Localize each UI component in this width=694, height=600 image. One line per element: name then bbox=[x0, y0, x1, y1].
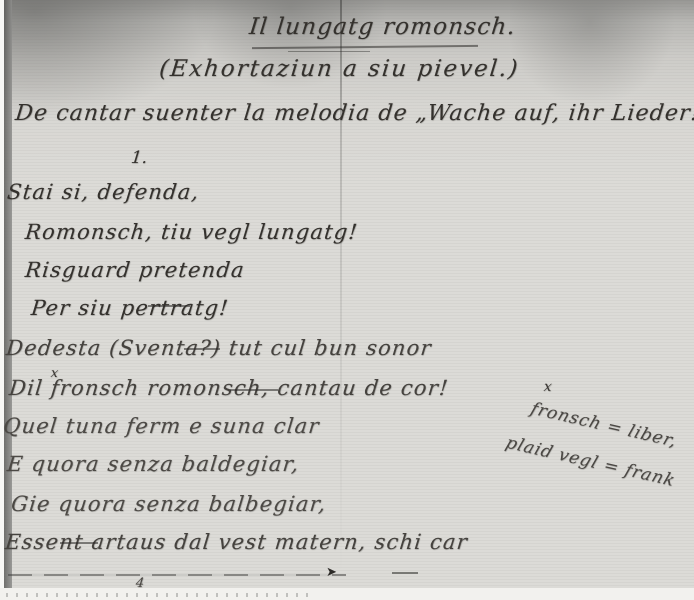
paper-fold-crease bbox=[340, 0, 342, 580]
ink-stroke bbox=[230, 389, 278, 391]
poem-line: Per siu pertratg! bbox=[30, 296, 230, 320]
inline-x-mark: x bbox=[50, 366, 59, 381]
poem-line: Gie quora senza balbegiar, bbox=[10, 492, 328, 516]
melody-instruction: De cantar suenter la melodia de „Wache a… bbox=[14, 101, 694, 126]
poem-line: Quel tuna ferm e suna clar bbox=[2, 414, 321, 438]
poem-line: Risguard pretenda bbox=[24, 258, 246, 282]
poem-line: Dil fronsch romonsch, cantau de cor! bbox=[8, 376, 450, 400]
ink-stroke bbox=[392, 572, 418, 574]
manuscript-page: Il lungatg romonsch. (Exhortaziun a siu … bbox=[0, 0, 694, 600]
ink-stroke bbox=[60, 542, 98, 544]
cutoff-caption-fragment bbox=[6, 593, 316, 597]
poem-line: Romonsch, tiu vegl lungatg! bbox=[24, 220, 359, 244]
stanza-number: 1. bbox=[130, 148, 148, 168]
title-underline bbox=[252, 45, 478, 49]
ink-stroke bbox=[184, 348, 220, 350]
bottom-rule bbox=[8, 574, 346, 576]
ink-stroke bbox=[148, 305, 190, 307]
arrow-right-icon: ➤ bbox=[326, 565, 337, 580]
poem-line: E quora senza baldegiar, bbox=[6, 452, 301, 476]
poem-title: Il lungatg romonsch. bbox=[248, 14, 517, 40]
poem-line: Stai si, defenda, bbox=[6, 180, 201, 204]
poem-subtitle: (Exhortaziun a siu pievel.) bbox=[158, 56, 521, 82]
title-underline bbox=[288, 51, 370, 52]
margin-x-mark: x bbox=[543, 379, 553, 395]
